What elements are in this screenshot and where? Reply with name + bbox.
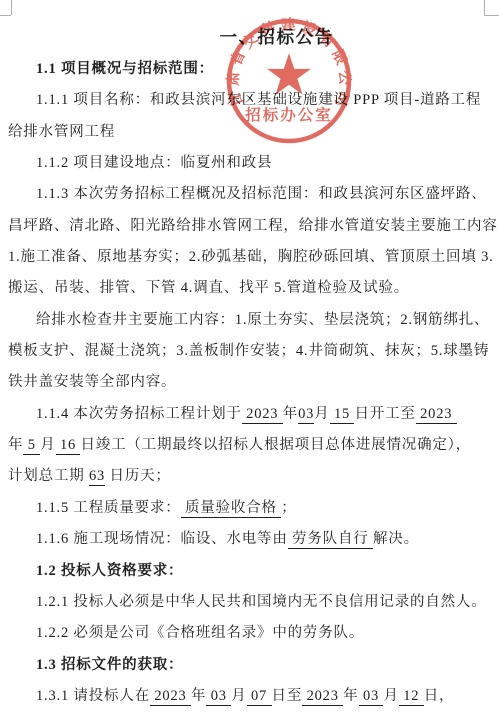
text-segment: 日， (424, 688, 455, 704)
doc-text-line: 1.施工准备、原地基夯实；2.砂弧基础，胸腔砂砾回填、管顶原土回填 3. (8, 242, 493, 273)
text-segment: 计划总工期 (8, 468, 89, 484)
text-segment: 昌坪路、清北路、阳光路给排水管网工程，给排水管道安装主要施工内容 (8, 218, 498, 234)
doc-heading-line: 1.1 项目概况与招标范围： (8, 54, 493, 85)
text-segment: 年 (191, 688, 206, 704)
underlined-value: 03 (298, 406, 314, 424)
doc-text-line: 模板支护、混凝土浇筑；3.盖板制作安装；4.井筒砌筑、抹灰；5.球墨铸 (8, 336, 493, 367)
underlined-value: 2023 (242, 406, 283, 424)
document-body: 一、招标公告1.1 项目概况与招标范围：1.1.1 项目名称：和政县滨河东区基础… (8, 20, 493, 712)
text-segment: 月 (40, 437, 55, 453)
doc-text-line: 1.1.2 项目建设地点：临夏州和政县 (8, 148, 493, 179)
underlined-value: 12 (399, 688, 424, 706)
text-segment: 1.施工准备、原地基夯实；2.砂弧基础，胸腔砂砾回填、管顶原土回填 3. (8, 249, 494, 265)
doc-text-line: 昌坪路、清北路、阳光路给排水管网工程，给排水管道安装主要施工内容 (8, 211, 493, 242)
underlined-value: 5 (23, 437, 40, 455)
doc-title-line: 一、招标公告 (8, 20, 493, 54)
text-segment: 1.1.1 项目名称：和政县滨河东区基础设施建设 PPP 项目-道路工程 (36, 92, 481, 108)
text-segment: ； (281, 500, 296, 516)
doc-text-line: 1.2.1 投标人必须是中华人民共和国境内无不良信用记录的自然人。 (8, 587, 493, 618)
text-segment: 月 (383, 688, 398, 704)
page-margin-mark-top-left-horizontal (0, 15, 11, 16)
underlined-value: 03 (359, 688, 384, 706)
text-segment: 铁井盖安装等全部内容。 (8, 374, 176, 390)
text-segment: 1.3.1 请投标人在 (36, 688, 150, 704)
doc-text-line: 计划总工期 63 日历天； (8, 461, 493, 492)
text-segment: 1.2 投标人资格要求： (36, 563, 183, 579)
doc-text-line: 1.1.5 工程质量要求： 质量验收合格 ； (8, 493, 493, 524)
doc-text-line: 1.1.1 项目名称：和政县滨河东区基础设施建设 PPP 项目-道路工程 (8, 85, 493, 116)
text-segment: 1.1 项目概况与招标范围： (36, 61, 214, 77)
doc-heading-line: 1.2 投标人资格要求： (8, 556, 493, 587)
underlined-value: 15 (330, 406, 355, 424)
doc-text-line: 给排水管网工程 (8, 117, 493, 148)
page-title: 一、招标公告 (220, 27, 334, 47)
text-segment: 1.2.2 必须是公司《合格班组名录》中的劳务队。 (36, 625, 364, 641)
text-segment: 1.1.6 施工现场情况：临设、水电等由 (36, 531, 288, 547)
page-margin-mark-top-right-horizontal (484, 15, 499, 16)
text-segment: 年 (8, 437, 23, 453)
text-segment: 一、招标公告 (220, 27, 334, 47)
text-segment: 日历天； (105, 468, 171, 484)
page-margin-mark-top-left-vertical (11, 0, 12, 15)
underlined-value: 16 (56, 437, 81, 455)
text-segment: 年 (283, 406, 298, 422)
underlined-value: 63 (89, 468, 105, 486)
doc-text-line: 1.2.2 必须是公司《合格班组名录》中的劳务队。 (8, 618, 493, 649)
underlined-value: 2023 (416, 406, 457, 424)
underlined-value: 03 (206, 688, 231, 706)
underlined-value: 2023 (302, 688, 343, 706)
underlined-value: 质量验收合格 (181, 500, 282, 518)
text-segment: 年 (343, 688, 358, 704)
doc-text-line: 铁井盖安装等全部内容。 (8, 367, 493, 398)
text-segment: 月 (231, 688, 246, 704)
text-segment: 1.3 招标文件的获取： (36, 657, 183, 673)
text-segment: 月 (314, 406, 329, 422)
doc-text-line: 1.1.4 本次劳务招标工程计划于 2023 年03月 15 日开工至 2023 (8, 399, 493, 430)
page-margin-mark-top-right-vertical (484, 0, 485, 15)
text-segment: 1.1.2 项目建设地点：临夏州和政县 (36, 155, 272, 171)
text-segment: 模板支护、混凝土浇筑；3.盖板制作安装；4.井筒砌筑、抹灰；5.球墨铸 (8, 343, 489, 359)
text-segment: 1.2.1 投标人必须是中华人民共和国境内无不良信用记录的自然人。 (36, 594, 487, 610)
underlined-value: 2023 (150, 688, 191, 706)
text-segment: 日至 (272, 688, 303, 704)
doc-text-line: 1.1.6 施工现场情况：临设、水电等由 劳务队自行 解决。 (8, 524, 493, 555)
text-segment: 搬运、吊装、排管、下管 4.调直、找平 5.管道检验及试验。 (8, 280, 409, 296)
text-segment: 给排水管网工程 (8, 124, 115, 140)
text-segment: 给排水检查井主要施工内容：1.原土夯实、垫层浇筑；2.钢筋绑扎、 (36, 312, 489, 328)
doc-text-line: 给排水检查井主要施工内容：1.原土夯实、垫层浇筑；2.钢筋绑扎、 (8, 305, 493, 336)
doc-text-line: 年 5 月 16 日竣工（工期最终以招标人根据项目总体进展情况确定）， (8, 430, 493, 461)
doc-text-line: 搬运、吊装、排管、下管 4.调直、找平 5.管道检验及试验。 (8, 273, 493, 304)
underlined-value: 劳务队自行 (288, 531, 373, 549)
doc-heading-line: 1.3 招标文件的获取： (8, 650, 493, 681)
text-segment: 1.1.5 工程质量要求： (36, 500, 181, 516)
doc-text-line: 1.3.1 请投标人在 2023 年 03 月 07 日至 2023 年 03 … (8, 681, 493, 712)
text-segment: 日开工至 (354, 406, 415, 422)
underlined-value: 07 (247, 688, 272, 706)
text-segment: 解决。 (373, 531, 419, 547)
text-segment: 1.1.4 本次劳务招标工程计划于 (36, 406, 242, 422)
text-segment: 1.1.3 本次劳务招标工程概况及招标范围：和政县滨河东区盛坪路、 (36, 186, 487, 202)
doc-text-line: 1.1.3 本次劳务招标工程概况及招标范围：和政县滨河东区盛坪路、 (8, 179, 493, 210)
text-segment: 日竣工（工期最终以招标人根据项目总体进展情况确定）， (80, 437, 471, 453)
document-page: 一、招标公告1.1 项目概况与招标范围：1.1.1 项目名称：和政县滨河东区基础… (0, 0, 499, 723)
